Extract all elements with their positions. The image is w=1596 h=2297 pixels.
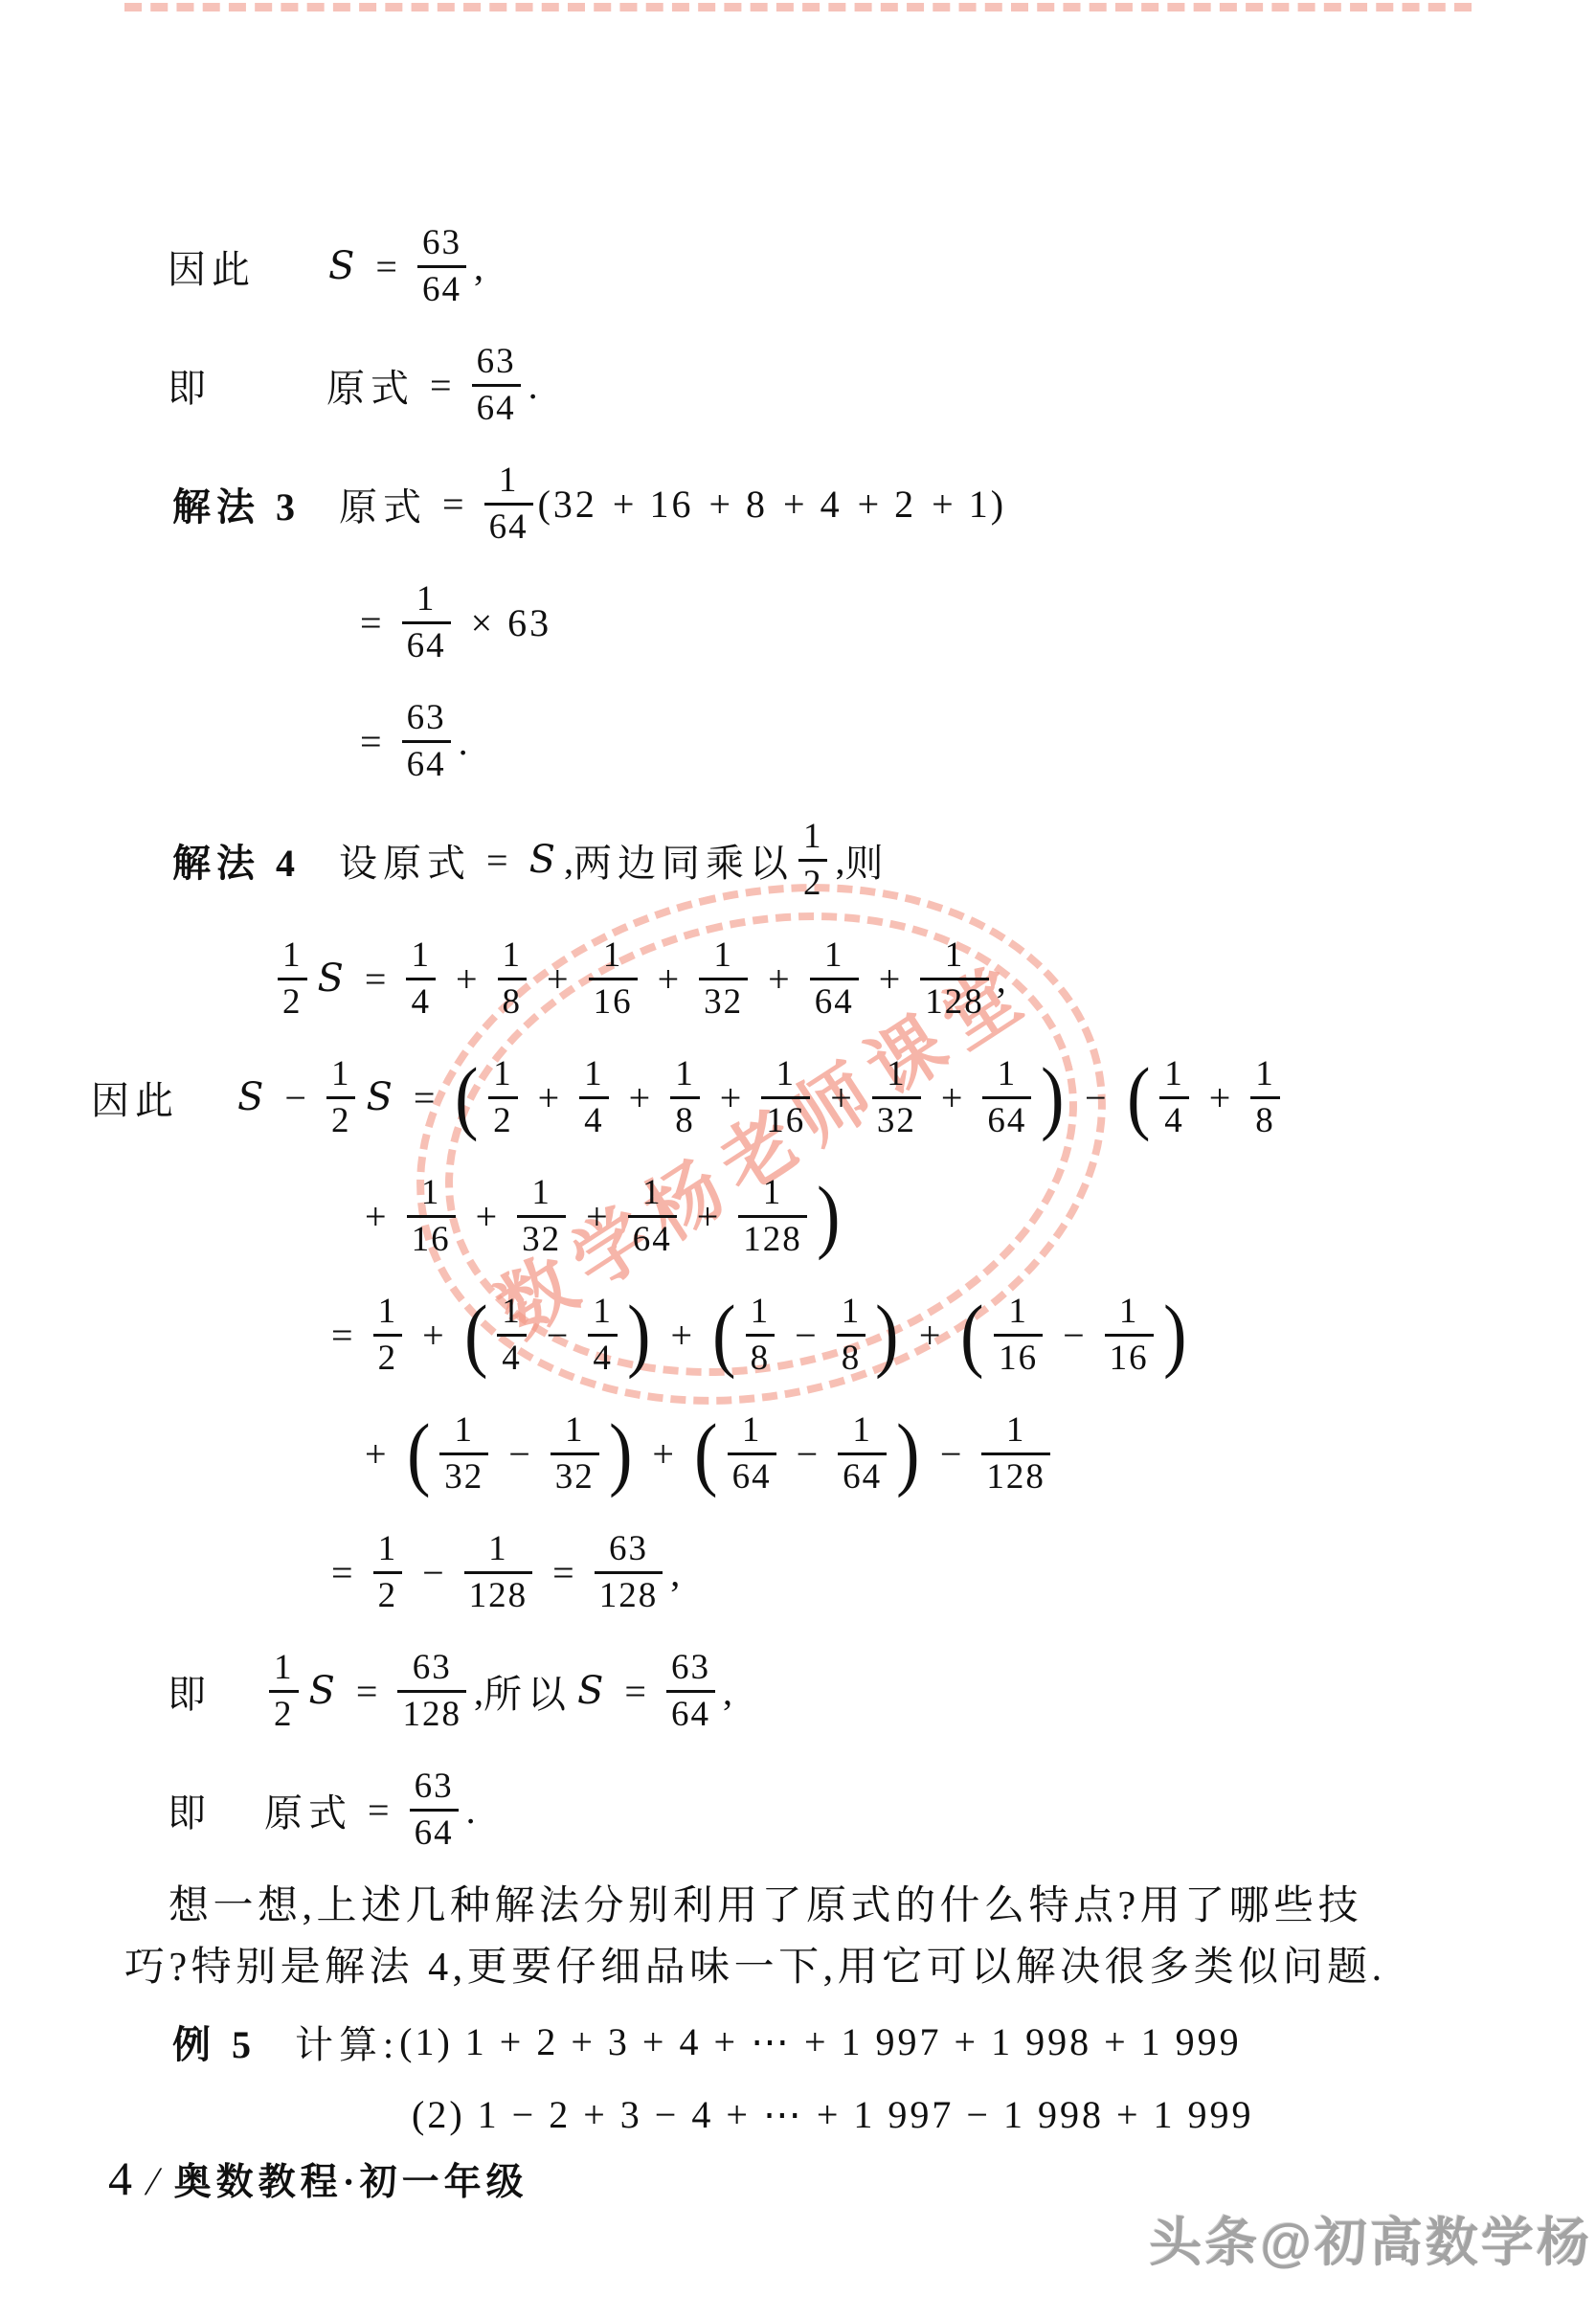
fraction-bar [373,1334,403,1337]
cjk-text: 即 [168,1783,212,1837]
math-number: (32 [538,482,597,527]
cjk-text: 即 [168,358,212,413]
fraction: 132 [551,1410,599,1497]
fraction-denominator: 4 [497,1339,527,1378]
fraction-numerator: 63 [472,342,521,381]
fraction-bar [410,1809,459,1812]
fraction-denominator: 8 [498,982,528,1022]
fraction: 12 [269,1648,299,1734]
fraction-numerator: 1 [406,935,436,975]
punctuation: , [997,957,1006,1002]
book-title: 奥数教程·初一年级 [174,2152,528,2206]
punctuation: , [835,838,844,883]
fraction-denominator: 4 [588,1339,618,1378]
fraction-denominator: 16 [407,1220,456,1259]
spacer [301,504,339,505]
fraction-bar [746,1334,776,1337]
fraction-bar [982,1096,1031,1099]
math-operator: = [331,1550,353,1595]
fraction: 1128 [464,1529,533,1615]
math-operator: + [586,1194,608,1239]
example-5-line-1: 例 5计算:(1) 1 + 2 + 3 + 4 + ⋯ + 1 997 + 1 … [172,2009,1495,2076]
equation-line-7: 12S=14+18+116+132+164+1128, [273,925,1495,1032]
parenthesis: ( [961,1297,984,1371]
fraction: 14 [406,935,436,1022]
fraction-numerator: 1 [326,1054,356,1093]
math-operator: = [360,600,382,645]
math-operator: + [783,482,805,527]
math-variable: S [577,1669,603,1713]
parenthesis: ) [609,1416,632,1490]
math-operator: = [430,363,452,408]
math-variable: S [366,1075,392,1119]
math-operator: + [697,1194,719,1239]
fraction: 63128 [595,1529,663,1615]
fraction-numerator: 1 [993,1054,1023,1093]
math-variable: S [309,1669,335,1713]
fraction: 116 [994,1292,1043,1378]
fraction-bar [551,1453,599,1455]
math-operator: + [879,957,901,1002]
fraction-denominator: 2 [798,864,828,903]
fraction-numerator: 1 [449,1410,479,1450]
fraction: 132 [517,1173,566,1259]
parenthesis: ( [694,1416,717,1490]
math-operator: − [940,1431,962,1476]
fraction-denominator: 32 [699,982,748,1022]
fraction: 116 [407,1173,456,1259]
scan-edge-artifact [124,3,1472,11]
fraction: 12 [798,817,828,903]
fraction: 18 [1250,1054,1280,1140]
fraction-denominator: 64 [402,626,451,665]
math-operator: + [365,1431,387,1476]
parenthesis: ( [1127,1060,1150,1134]
heading-text: 例 5 [172,2015,257,2069]
fraction-bar [628,1215,677,1218]
fraction-bar [373,1571,403,1574]
math-operator: + [365,1194,387,1239]
fraction-bar [738,1215,807,1218]
punctuation: , [564,838,573,883]
fraction-denominator: 4 [1159,1101,1189,1140]
math-operator: + [941,1075,963,1120]
fraction-numerator: 1 [1001,1410,1031,1450]
spacer [212,385,326,386]
fraction-bar [402,740,451,743]
book-page: 数学杨老师课堂 因此S=6364, 即原式=6364. 解法 3原式=164(3… [0,0,1596,2297]
fraction-bar [588,1334,618,1337]
fraction: 14 [1159,1054,1189,1140]
parenthesis: ) [896,1416,919,1490]
math-operator: + [708,482,731,527]
fraction: 1128 [920,935,989,1022]
fraction-bar [484,503,533,506]
parenthesis: ) [627,1297,650,1371]
fraction-denominator: 64 [628,1220,677,1259]
math-operator: + [1209,1075,1231,1120]
fraction-numerator: 63 [402,698,451,737]
fraction-bar [699,978,748,980]
fraction-numerator: 1 [1250,1054,1280,1093]
math-operator: = [486,838,508,883]
fraction-numerator: 63 [410,1767,459,1806]
fraction-numerator: 1 [1114,1292,1144,1331]
fraction-numerator: 1 [494,461,524,500]
fraction-numerator: 1 [373,1529,403,1568]
fraction: 164 [484,461,533,547]
cjk-text: 原式 [339,477,427,531]
parenthesis: ( [464,1297,487,1371]
fraction: 6364 [417,223,466,309]
math-solution-content: 因此S=6364, 即原式=6364. 解法 3原式=164(32+16+8+4… [124,213,1495,2154]
fraction-denominator: 2 [373,1339,403,1378]
math-operator: = [552,1550,574,1595]
fraction-bar [579,1096,609,1099]
math-operator: = [414,1075,436,1120]
fraction-denominator: 2 [326,1101,356,1140]
fraction-denominator: 8 [1250,1101,1280,1140]
fraction-numerator: 1 [772,1054,801,1093]
math-operator: − [797,1431,819,1476]
fraction-bar [666,1690,715,1693]
math-operator: = [360,719,382,764]
fraction-bar [994,1334,1043,1337]
math-operator: + [476,1194,498,1239]
paragraph-line-1: 想一想,上述几种解法分别利用了原式的什么特点?用了哪些技 [124,1877,1495,1938]
fraction: 132 [439,1410,488,1497]
math-number: 16 [649,482,693,527]
fraction-numerator: 1 [416,1173,446,1212]
fraction-numerator: 1 [1159,1054,1189,1093]
fraction-denominator: 128 [738,1220,807,1259]
math-number: 63 [507,600,551,645]
math-variable: S [318,957,344,1001]
fraction-denominator: 4 [406,982,436,1022]
fraction: 164 [810,935,859,1022]
fraction-denominator: 8 [746,1339,776,1378]
fraction-numerator: 1 [269,1648,299,1687]
page-footer: 4 / 奥数教程·初一年级 [108,2151,528,2206]
fraction-numerator: 1 [638,1173,667,1212]
heading-text: 解法 4 [172,833,301,888]
fraction-numerator: 1 [483,1529,513,1568]
equation-line-12: =12−1128=63128, [316,1519,1495,1626]
fraction-denominator: 32 [517,1220,566,1259]
fraction-bar [417,265,466,268]
fraction: 116 [1105,1292,1154,1378]
fraction: 164 [402,579,451,665]
fraction-bar [981,1453,1050,1455]
fraction-bar [402,621,451,624]
math-operator: + [720,1075,742,1120]
math-variable: S [529,838,555,882]
fraction-denominator: 64 [402,745,451,784]
fraction: 164 [838,1410,887,1497]
fraction-bar [798,859,828,862]
fraction-numerator: 1 [497,1292,527,1331]
fraction: 6364 [402,698,451,784]
spacer [212,1810,264,1811]
fraction-numerator: 1 [598,935,628,975]
punctuation: . [528,363,538,408]
math-operator: − [1063,1313,1085,1358]
fraction-denominator: 64 [417,270,466,309]
fraction: 6364 [410,1767,459,1853]
equation-line-4: =164×63 [345,569,1495,676]
cjk-text: 因此 [91,1070,179,1125]
math-operator: + [538,1075,560,1120]
fraction-numerator: 1 [1003,1292,1033,1331]
equation-line-9: +116+132+164+1128) [349,1162,1495,1270]
equation-line-3: 解法 3原式=164(32+16+8+4+2+1) [172,450,1495,557]
fraction-bar [439,1453,488,1455]
math-number: 1) [969,482,1006,527]
math-number: 8 [746,482,768,527]
fraction-denominator: 64 [484,507,533,547]
fraction-denominator: 128 [920,982,989,1022]
fraction: 164 [982,1054,1031,1140]
fraction-bar [464,1571,533,1574]
math-operator: = [375,244,397,289]
fraction-denominator: 32 [439,1457,488,1497]
fraction: 12 [278,935,307,1022]
fraction: 18 [498,935,528,1022]
fraction-numerator: 1 [588,1292,618,1331]
fraction-denominator: 16 [994,1339,1043,1378]
fraction-numerator: 1 [758,1173,788,1212]
fraction-bar [269,1690,299,1693]
math-operator: = [442,482,464,527]
punctuation: , [723,1669,732,1714]
math-operator: + [652,1431,674,1476]
parenthesis: ) [1042,1060,1065,1134]
math-operator: + [456,957,478,1002]
fraction-bar [670,1096,700,1099]
fraction-numerator: 1 [820,935,849,975]
parenthesis: ) [817,1179,840,1252]
fraction: 18 [837,1292,866,1378]
math-number: 4 [820,482,843,527]
cjk-text: 即 [168,1664,212,1719]
fraction: 63128 [397,1648,466,1734]
equation-line-1: 因此S=6364, [168,213,1495,320]
fraction-bar [595,1571,663,1574]
credit-watermark: 头条@初高数学杨 [1149,2200,1592,2276]
fraction-numerator: 1 [670,1054,700,1093]
example-5-line-2: (2) 1 − 2 + 3 − 4 + ⋯ + 1 997 − 1 998 + … [412,2082,1495,2149]
fraction-bar [407,1215,456,1218]
math-operator: − [547,1313,569,1358]
math-operator: + [629,1075,651,1120]
math-variable: S [328,244,354,288]
math-operator: + [547,957,569,1002]
fraction-numerator: 1 [373,1292,403,1331]
fraction-bar [810,978,859,980]
parenthesis: ( [407,1416,430,1490]
math-operator: + [830,1075,852,1120]
fraction-bar [517,1215,566,1218]
fraction-bar [326,1096,356,1099]
equation-line-5: =6364. [345,687,1495,795]
spacer [179,1097,232,1098]
fraction-numerator: 1 [847,1410,877,1450]
fraction-bar [728,1453,776,1455]
fraction-numerator: 1 [708,935,738,975]
fraction-denominator: 32 [872,1101,921,1140]
math-operator: = [624,1669,646,1714]
fraction-denominator: 8 [837,1339,866,1378]
fraction-denominator: 64 [982,1101,1031,1140]
parenthesis: ) [875,1297,898,1371]
footer-separator: / [142,2159,165,2205]
fraction: 12 [488,1054,518,1140]
fraction-numerator: 1 [837,1292,866,1331]
math-operator: + [858,482,880,527]
fraction-denominator: 2 [488,1101,518,1140]
fraction-bar [472,384,521,387]
fraction-bar [1159,1096,1189,1099]
cjk-text: 因此 [168,239,256,294]
math-operator: + [658,957,680,1002]
math-number: (1) 1 + 2 + 3 + 4 + ⋯ + 1 997 + 1 998 + … [399,2019,1242,2064]
discussion-paragraph: 想一想,上述几种解法分别利用了原式的什么特点?用了哪些技 巧?特别是解法 4,更… [124,1877,1495,1999]
fraction-denominator: 16 [589,982,638,1022]
fraction-numerator: 1 [498,935,528,975]
fraction-denominator: 64 [728,1457,776,1497]
math-operator: − [1085,1075,1107,1120]
parenthesis: ( [712,1297,735,1371]
fraction: 1128 [738,1173,807,1259]
math-operator: − [508,1431,530,1476]
fraction: 116 [589,935,638,1022]
math-operator: = [368,1788,390,1833]
fraction-bar [837,1334,866,1337]
fraction-numerator: 1 [746,1292,776,1331]
equation-line-14: 即原式=6364. [168,1756,1495,1863]
page-number: 4 [108,2151,132,2206]
math-number: 2 [894,482,916,527]
equation-line-10: =12+(14−14)+(18−18)+(116−116) [316,1281,1495,1388]
math-operator: = [356,1669,378,1714]
fraction-bar [1250,1096,1280,1099]
fraction: 18 [746,1292,776,1378]
fraction-bar [872,1096,921,1099]
spacer [212,1691,264,1692]
fraction: 6364 [472,342,521,428]
math-operator: + [422,1313,444,1358]
fraction-numerator: 1 [560,1410,590,1450]
fraction-bar [838,1453,887,1455]
fraction-numerator: 1 [940,935,970,975]
math-number: (2) 1 − 2 + 3 − 4 + ⋯ + 1 997 − 1 998 + … [412,2092,1254,2137]
fraction-denominator: 64 [472,389,521,428]
fraction-bar [498,978,528,980]
fraction: 132 [872,1054,921,1140]
fraction-numerator: 63 [604,1529,653,1568]
fraction-numerator: 1 [882,1054,911,1093]
fraction-denominator: 64 [810,982,859,1022]
fraction: 6364 [666,1648,715,1734]
punctuation: . [459,719,468,764]
math-operator: + [613,482,635,527]
fraction-bar [497,1334,527,1337]
parenthesis: ( [456,1060,479,1134]
spacer [256,266,323,267]
equation-line-11: +(132−132)+(164−164)−1128 [349,1400,1495,1507]
fraction-numerator: 63 [417,223,466,262]
math-operator: = [331,1313,353,1358]
punctuation: , [474,1669,483,1714]
fraction-denominator: 2 [269,1695,299,1734]
equation-line-8: 因此S−12S=(12+14+18+116+132+164)−(14+18 [91,1044,1495,1151]
fraction-denominator: 2 [373,1576,403,1615]
math-operator: − [422,1550,444,1595]
fraction-denominator: 4 [579,1101,609,1140]
fraction: 12 [373,1292,403,1378]
fraction-numerator: 1 [737,1410,767,1450]
fraction-bar [397,1690,466,1693]
fraction-numerator: 1 [798,817,828,856]
fraction-denominator: 64 [838,1457,887,1497]
fraction-denominator: 8 [670,1101,700,1140]
fraction-numerator: 1 [579,1054,609,1093]
fraction: 12 [326,1054,356,1140]
equation-line-2: 即原式=6364. [168,331,1495,439]
punctuation: , [670,1550,680,1595]
math-operator: − [284,1075,306,1120]
fraction-bar [920,978,989,980]
fraction-bar [278,978,307,980]
fraction-bar [589,978,638,980]
spacer [301,860,339,861]
fraction: 132 [699,935,748,1022]
fraction: 14 [579,1054,609,1140]
cjk-text: 设原式 [339,833,471,888]
fraction: 116 [761,1054,810,1140]
paragraph-line-2: 巧?特别是解法 4,更要仔细品味一下,用它可以解决很多类似问题. [124,1938,1495,1999]
math-operator: + [768,957,790,1002]
heading-text: 解法 3 [172,477,301,531]
cjk-text: 所以 [483,1664,572,1719]
cjk-text: 则 [844,833,888,888]
fraction-numerator: 63 [666,1648,715,1687]
fraction-denominator: 128 [397,1695,466,1734]
math-operator: + [919,1313,941,1358]
math-operator: + [670,1313,692,1358]
fraction-denominator: 64 [410,1813,459,1853]
math-operator: − [795,1313,817,1358]
fraction-numerator: 1 [412,579,441,619]
fraction: 1128 [981,1410,1050,1497]
cjk-text: 计算: [295,2015,399,2069]
spacer [257,2041,295,2042]
cjk-text: 原式 [264,1783,352,1837]
fraction: 12 [373,1529,403,1615]
punctuation: , [474,244,483,289]
fraction-numerator: 1 [488,1054,518,1093]
fraction: 164 [628,1173,677,1259]
fraction-numerator: 1 [278,935,307,975]
fraction-denominator: 16 [761,1101,810,1140]
math-operator: × [471,600,493,645]
fraction: 14 [588,1292,618,1378]
fraction-denominator: 2 [278,982,307,1022]
fraction-denominator: 64 [666,1695,715,1734]
punctuation: . [466,1788,476,1833]
math-variable: S [237,1075,263,1119]
equation-line-13: 即12S=63128,所以S=6364, [168,1637,1495,1745]
